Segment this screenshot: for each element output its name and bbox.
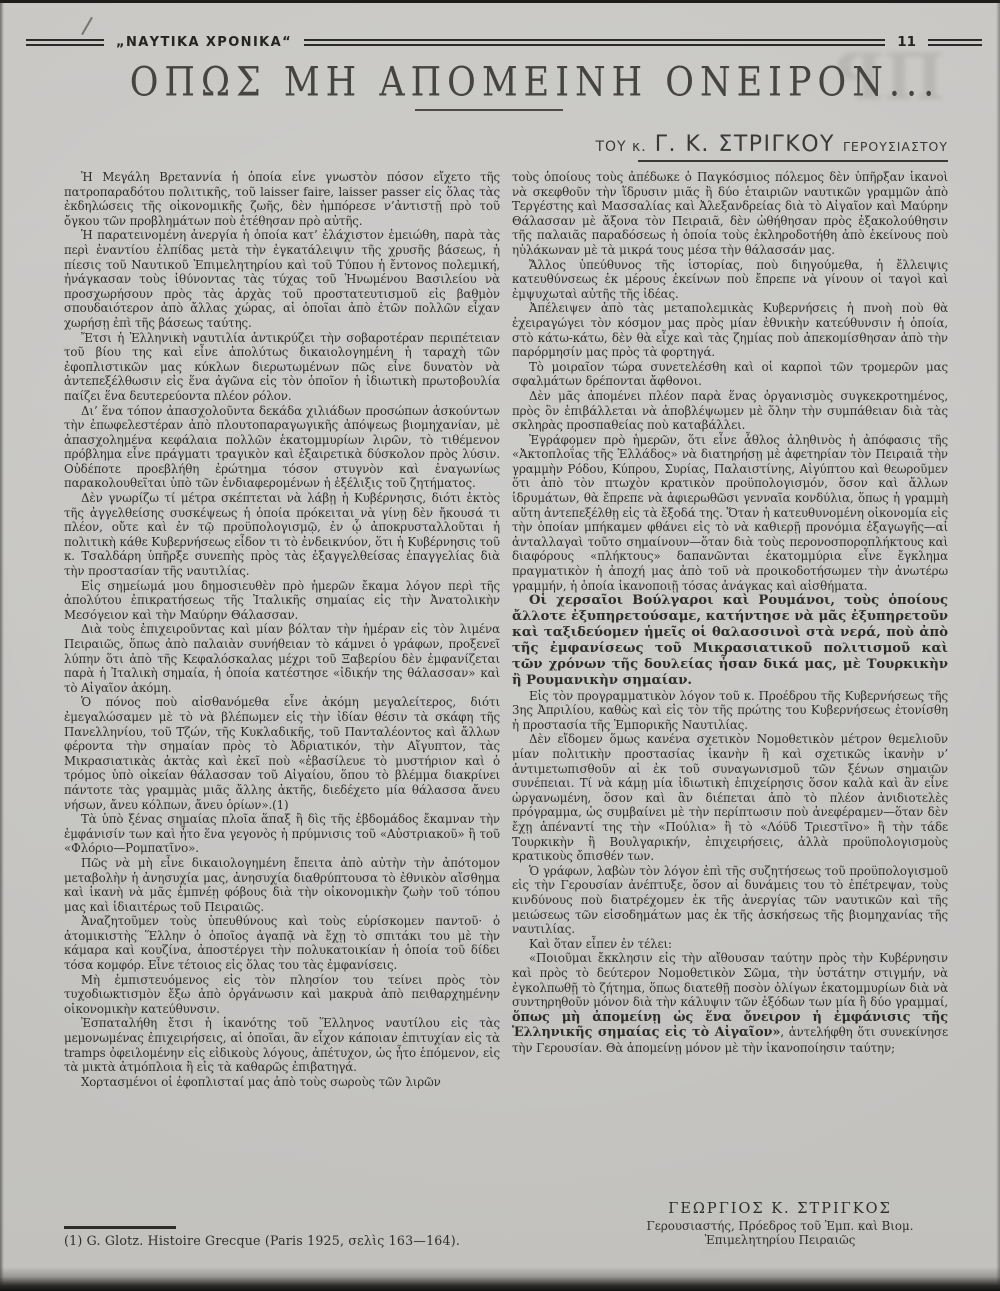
page-number: 11 [897,34,916,50]
paragraph: Τὰ ὑπὸ ξένας σημαίας πλοῖα ἅπαξ ἢ δὶς τῆ… [64,812,500,856]
pen-mark [81,17,93,35]
title-underline [415,109,563,111]
scan-edge-top [0,0,1000,3]
header-rule-left [26,39,104,46]
byline-author-name: Γ. Κ. ΣΤΡΙΓΚΟΥ [655,132,835,157]
page-header: „ΝΑΥΤΙΚΑ ΧΡΟΝΙΚΑ“ 11 [26,34,982,50]
emphasized-paragraph: Οἱ χερσαῖοι Βούλγαροι καὶ Ρουμάνοι, τοὺς… [512,593,948,688]
signature-role-line1: Γερουσιαστής, Πρόεδρος τοῦ Ἐμπ. καὶ Βιομ… [620,1219,940,1233]
signature-block: ΓΕΩΡΓΙΟΣ Κ. ΣΤΡΙΓΚΟΣ Γερουσιαστής, Πρόεδ… [620,1201,940,1247]
paragraph: Ἀπέλειψεν ἀπὸ τὰς μεταπολεμικὰς Κυβερνήσ… [512,301,948,359]
left-column: Ἡ Μεγάλη Βρεταννία ἡ ὁποία εἶνε γνωστὸν … [64,170,500,1230]
paragraph: Ἔτσι ἡ Ἑλληνικὴ ναυτιλία ἀντικρύζει τὴν … [64,331,500,404]
header-rule-right [928,39,982,46]
paragraph: Εἰς τὸν προγραμματικὸν λόγον τοῦ κ. Προέ… [512,689,948,733]
paragraph: Διὰ τοὺς ἐπιχειροῦντας καὶ μίαν βόλταν τ… [64,622,500,695]
closing-quote-start: «Ποιοῦμαι ἔκκλησιν εἰς τὴν αἴθουσαν ταύτ… [512,951,948,1009]
article-body: Ἡ Μεγάλη Βρεταννία ἡ ὁποία εἶνε γνωστὸν … [64,170,948,1230]
scan-edge-right [996,0,1000,1291]
paragraph: Ἡ Μεγάλη Βρεταννία ἡ ὁποία εἶνε γνωστὸν … [64,170,500,228]
paragraph: Δι’ ἕνα τόπον ἀπασχολοῦντα δεκάδα χιλιάδ… [64,404,500,492]
paragraph: Ἐγράφομεν πρὸ ἡμερῶν, ὅτι εἶνε ἆθλος ἀλη… [512,433,948,594]
paragraph: Εἰς σημείωμά μου δημοσιευθὲν πρὸ ἡμερῶν … [64,579,500,623]
paragraph: Δὲν μᾶς ἀπομένει πλέον παρὰ ἕνας ὀργανισ… [512,389,948,433]
byline-underline [638,160,948,162]
signature-role-line2: Ἐπιμελητηρίου Πειραιῶς [620,1233,940,1247]
footnote-separator [64,1226,176,1229]
paragraph: Πῶς νὰ μὴ εἶνε δικαιολογημένη ἔπειτα ἀπὸ… [64,856,500,914]
scan-edge-bottom [0,1267,1000,1291]
byline: ΤΟΥ κ. Γ. Κ. ΣΤΡΙΓΚΟΥ ΓΕΡΟΥΣΙΑΣΤΟΥ [595,132,948,157]
scan-edge-left [0,0,4,1291]
paragraph: Τὸ μοιραῖον τώρα συνετελέσθη καὶ οἱ καρπ… [512,360,948,389]
paragraph: Καὶ ὅταν εἶπεν ἐν τέλει: [512,937,948,952]
paragraph: Δὲν εἴδομεν ὅμως κανένα σχετικὸν Νομοθετ… [512,732,948,863]
paragraph: τοὺς ὁποίους τοὺς ἀπέδωκε ὁ Παγκόσμιος π… [512,170,948,258]
paragraph: Ἀναζητοῦμεν τοὺς ὑπευθύνους καὶ τοὺς εὑρ… [64,914,500,972]
footnote: (1) G. Glotz. Histoire Grecque (Paris 19… [64,1233,514,1248]
paragraph: Ἐσπαταλήθη ἔτσι ἡ ἱκανότης τοῦ Ἕλληνος ν… [64,1016,500,1074]
paragraph: Μὴ ἐμπιστευόμενος εἰς τὸν πλησίον του τε… [64,973,500,1017]
paragraph: Δὲν γνωρίζω τί μέτρα σκέπτεται νὰ λάβῃ ἡ… [64,491,500,579]
signature-name: ΓΕΩΡΓΙΟΣ Κ. ΣΤΡΙΓΚΟΣ [620,1201,940,1217]
right-column: τοὺς ὁποίους τοὺς ἀπέδωκε ὁ Παγκόσμιος π… [512,170,948,1205]
article-title: ΟΠΩΣ ΜΗ ΑΠΟΜΕΙΝΗ ΟΝΕΙΡΟΝ... [95,60,975,106]
byline-author-title: ΓΕΡΟΥΣΙΑΣΤΟΥ [843,139,948,154]
paragraph: Ἄλλος ὑπεύθυνος τῆς ἱστορίας, ποὺ διηγού… [512,258,948,302]
closing-paragraph: «Ποιοῦμαι ἔκκλησιν εἰς τὴν αἴθουσαν ταύτ… [512,951,948,1055]
header-rule-middle [304,39,885,46]
paragraph: Ὁ γράφων, λαβὼν τὸν λόγον ἐπὶ τῆς συζητή… [512,864,948,937]
paragraph: Χορτασμένοι οἱ ἐφοπλισταί μας ἀπὸ τοὺς σ… [64,1075,500,1090]
paragraph: Ἡ παρατεινομένη ἀνεργία ἡ ὁποία κατ’ ἐλά… [64,228,500,330]
masthead-title: „ΝΑΥΤΙΚΑ ΧΡΟΝΙΚΑ“ [116,35,292,50]
byline-prefix: ΤΟΥ κ. [595,139,646,155]
paragraph: Ὁ πόνος ποὺ αἰσθανόμεθα εἶνε ἀκόμη μεγαλ… [64,695,500,812]
